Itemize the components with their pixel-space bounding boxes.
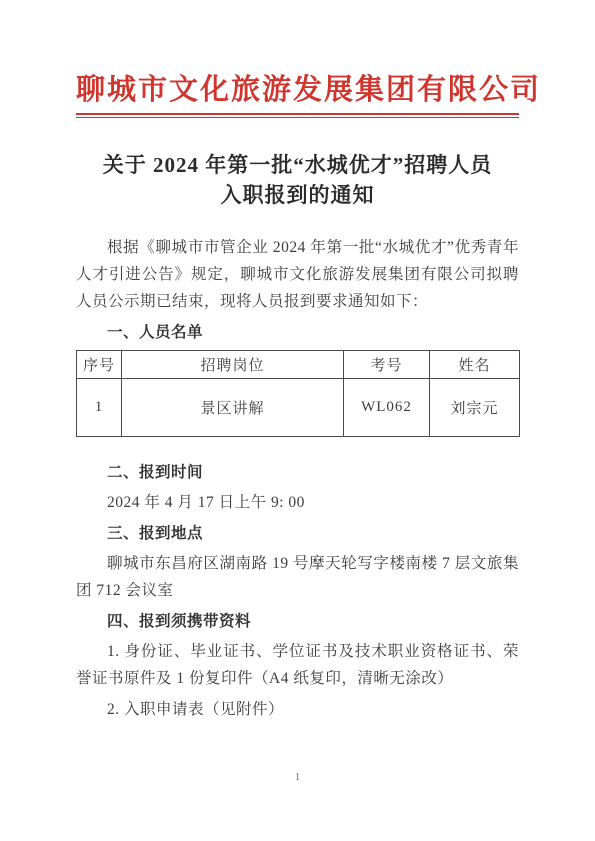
table-header-row: 序号 招聘岗位 考号 姓名 bbox=[77, 351, 520, 379]
required-material-item-1: 1. 身份证、毕业证书、学位证书及技术职业资格证书、荣誉证书原件及 1 份复印件… bbox=[76, 638, 519, 692]
table-header-serial: 序号 bbox=[77, 351, 122, 379]
report-time-text: 2024 年 4 月 17 日上午 9: 00 bbox=[76, 489, 519, 516]
table-row: 1 景区讲解 WL062 刘宗元 bbox=[77, 379, 520, 437]
company-letterhead: 聊城市文化旅游发展集团有限公司 bbox=[76, 72, 519, 118]
table-header-exam-no: 考号 bbox=[344, 351, 430, 379]
document-title: 关于 2024 年第一批“水城优才”招聘人员 入职报到的通知 bbox=[76, 150, 519, 210]
letterhead-rule bbox=[76, 113, 519, 118]
personnel-table: 序号 招聘岗位 考号 姓名 1 景区讲解 WL062 刘宗元 bbox=[76, 350, 520, 437]
document-content: 聊城市文化旅游发展集团有限公司 关于 2024 年第一批“水城优才”招聘人员 入… bbox=[0, 0, 595, 723]
company-name: 聊城市文化旅游发展集团有限公司 bbox=[76, 72, 519, 108]
cell-name: 刘宗元 bbox=[430, 379, 520, 437]
section-1-heading: 一、人员名单 bbox=[76, 321, 519, 345]
report-location-text: 聊城市东昌府区湖南路 19 号摩天轮写字楼南楼 7 层文旅集团 712 会议室 bbox=[76, 550, 519, 604]
section-3-heading: 三、报到地点 bbox=[76, 522, 519, 546]
cell-exam-no: WL062 bbox=[344, 379, 430, 437]
section-4-heading: 四、报到须携带资料 bbox=[76, 610, 519, 634]
document-title-line-2: 入职报到的通知 bbox=[76, 180, 519, 210]
section-2-heading: 二、报到时间 bbox=[76, 461, 519, 485]
cell-serial: 1 bbox=[77, 379, 122, 437]
document-page: 聊城市文化旅游发展集团有限公司 关于 2024 年第一批“水城优才”招聘人员 入… bbox=[0, 0, 595, 841]
required-material-item-2: 2. 入职申请表（见附件） bbox=[76, 696, 519, 723]
cell-post: 景区讲解 bbox=[122, 379, 344, 437]
document-title-line-1: 关于 2024 年第一批“水城优才”招聘人员 bbox=[76, 150, 519, 180]
table-header-name: 姓名 bbox=[430, 351, 520, 379]
table-header-post: 招聘岗位 bbox=[122, 351, 344, 379]
intro-paragraph: 根据《聊城市市管企业 2024 年第一批“水城优才”优秀青年人才引进公告》规定，… bbox=[76, 234, 519, 315]
page-number: 1 bbox=[0, 772, 595, 783]
